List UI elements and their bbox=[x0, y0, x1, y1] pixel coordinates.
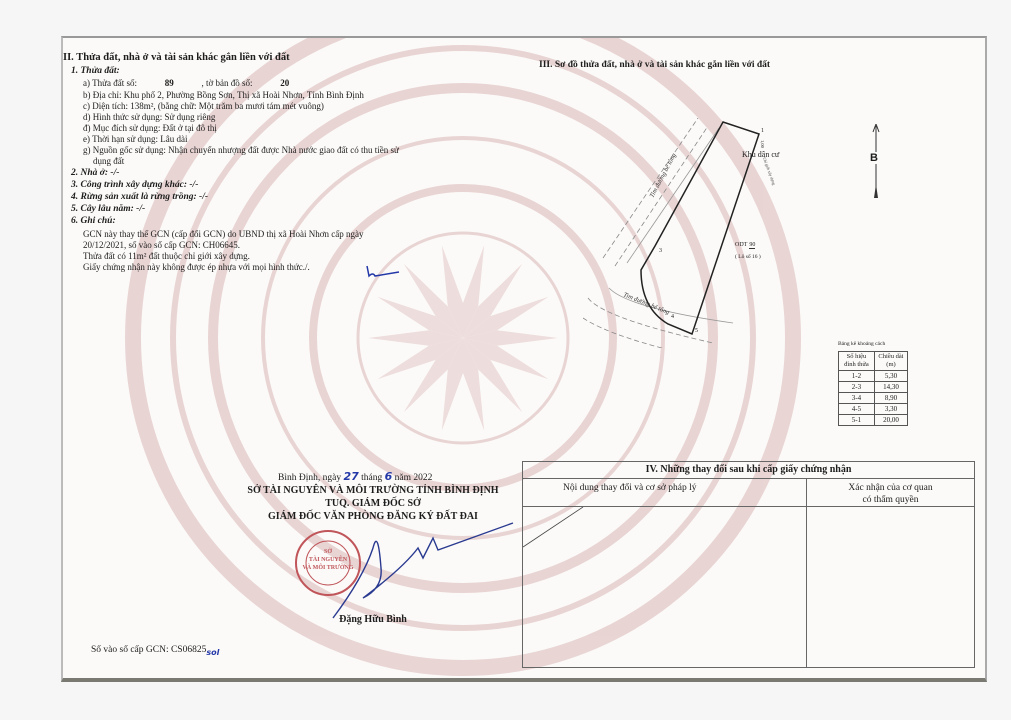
certificate-page: II. Thửa đất, nhà ở và tài sản khác gắn … bbox=[61, 36, 987, 682]
distance-table-title: Bảng kê khoảng cách bbox=[838, 341, 885, 347]
map-sheet-label: , tờ bản đồ số: bbox=[201, 78, 252, 88]
length: 14,30 bbox=[874, 382, 907, 393]
edge: 5-1 bbox=[839, 415, 875, 426]
registry-code: CS06825 bbox=[171, 645, 206, 655]
land-origin-cont: dụng đất bbox=[93, 156, 124, 166]
svg-text:5: 5 bbox=[695, 328, 698, 334]
on-behalf-of: TUQ. GIÁM ĐỐC SỞ bbox=[223, 498, 523, 509]
distance-row: 5-120,00 bbox=[839, 415, 908, 426]
distance-row: 1-25,30 bbox=[839, 371, 908, 382]
distance-row: 4-53,30 bbox=[839, 404, 908, 415]
parcel-label: a) Thửa đất số: bbox=[83, 78, 137, 88]
svg-text:1,00: 1,00 bbox=[759, 140, 765, 149]
changes-table: IV. Những thay đổi sau khi cấp giấy chứn… bbox=[522, 461, 975, 668]
length: 5,30 bbox=[874, 371, 907, 382]
parcel-number: 89 bbox=[139, 78, 199, 88]
land-heading: 1. Thửa đất: bbox=[71, 66, 120, 76]
svg-text:2: 2 bbox=[726, 118, 729, 120]
house: 2. Nhà ở: -/- bbox=[71, 168, 119, 178]
length: 8,90 bbox=[874, 393, 907, 404]
changes-confirm-column: Xác nhận của cơ quan có thẩm quyền bbox=[807, 479, 974, 667]
note-line: Thửa đất có 11m² đất thuộc chỉ giới xây … bbox=[83, 251, 250, 261]
note-line: Giấy chứng nhận này không được ép nhựa v… bbox=[83, 262, 310, 272]
usage-term: e) Thời hạn sử dụng: Lâu dài bbox=[83, 134, 187, 144]
strike-line bbox=[523, 507, 806, 667]
usage-form: d) Hình thức sử dụng: Sử dụng riêng bbox=[83, 112, 215, 122]
notes-heading: 6. Ghi chú: bbox=[71, 216, 116, 226]
edge: 3-4 bbox=[839, 393, 875, 404]
place-date: Bình Định, ngày 27 tháng 6 năm 2022 bbox=[278, 470, 432, 483]
signer-name: Đặng Hữu Bình bbox=[223, 614, 523, 625]
road-label-lower: Tim đường bê tông bbox=[622, 291, 671, 316]
edge: 2-3 bbox=[839, 382, 875, 393]
col-content-header: Nội dung thay đổi và cơ sở pháp lý bbox=[523, 479, 806, 507]
other-construction: 3. Công trình xây dựng khác: -/- bbox=[71, 180, 198, 190]
svg-text:1: 1 bbox=[761, 128, 764, 134]
perennial-trees: 5. Cây lâu năm: -/- bbox=[71, 204, 145, 214]
parcel-number-row: a) Thửa đất số: 89 , tờ bản đồ số: 20 bbox=[83, 78, 315, 88]
date-month: 6 bbox=[385, 470, 393, 483]
north-label: B bbox=[870, 152, 878, 164]
section-ii-title: II. Thửa đất, nhà ở và tài sản khác gắn … bbox=[63, 52, 290, 63]
section-iv-title: IV. Những thay đổi sau khi cấp giấy chứn… bbox=[523, 462, 974, 479]
residential-area-label: Khu dân cư bbox=[742, 150, 779, 159]
length: 3,30 bbox=[874, 404, 907, 415]
note-line: 20/12/2021, số vào sổ cấp GCN: CH06645. bbox=[83, 240, 240, 250]
usage-purpose: đ) Mục đích sử dụng: Đất ở tại đô thị bbox=[83, 123, 217, 133]
col-vertices: Số hiệu đỉnh thửa bbox=[839, 352, 875, 371]
registry-initials: sol bbox=[206, 648, 219, 657]
edge: 4-5 bbox=[839, 404, 875, 415]
distance-table: Số hiệu đỉnh thửa Chiều dài (m) 1-25,302… bbox=[838, 351, 908, 426]
area: c) Diện tích: 138m², (bằng chữ: Một trăm… bbox=[83, 101, 324, 111]
address: b) Địa chỉ: Khu phố 2, Phường Bồng Sơn, … bbox=[83, 90, 364, 100]
edge: 1-2 bbox=[839, 371, 875, 382]
parcel-tag: ( Lô số 16 ) bbox=[735, 254, 761, 260]
distance-row: 2-314,30 bbox=[839, 382, 908, 393]
distance-row: 3-48,90 bbox=[839, 393, 908, 404]
date-day: 27 bbox=[343, 470, 358, 483]
land-origin: g) Nguồn gốc sử dụng: Nhận chuyển nhượng… bbox=[83, 145, 399, 155]
build-line-label: Chỉ giới xây dựng bbox=[762, 157, 777, 186]
signature-icon bbox=[323, 518, 523, 628]
map-sheet-number: 20 bbox=[255, 78, 315, 88]
issuing-organization: SỞ TÀI NGUYÊN VÀ MÔI TRƯỜNG TỈNH BÌNH ĐỊ… bbox=[223, 485, 523, 496]
land-code: ODT90 bbox=[735, 242, 755, 248]
road-label-upper: Tim đường bê tông bbox=[649, 152, 679, 199]
col-confirm-header: Xác nhận của cơ quan có thẩm quyền bbox=[807, 479, 974, 507]
registry-number: Số vào sổ cấp GCN: CS06825sol bbox=[91, 645, 219, 657]
north-arrow-icon: B bbox=[866, 124, 886, 204]
initial-mark-icon bbox=[363, 262, 403, 282]
section-iii-title: III. Sơ đồ thửa đất, nhà ở và tài sản kh… bbox=[539, 60, 770, 70]
production-forest: 4. Rừng sản xuất là rừng trồng: -/- bbox=[71, 192, 208, 202]
parcel-diagram: 1 2 3 4 5 Tim đường bê tông Tim đường bê… bbox=[583, 118, 823, 348]
changes-content-column: Nội dung thay đổi và cơ sở pháp lý bbox=[523, 479, 807, 667]
col-length: Chiều dài (m) bbox=[874, 352, 907, 371]
note-line: GCN này thay thế GCN (cấp đổi GCN) do UB… bbox=[83, 229, 363, 239]
svg-text:3: 3 bbox=[659, 248, 662, 254]
length: 20,00 bbox=[874, 415, 907, 426]
svg-text:4: 4 bbox=[671, 314, 674, 320]
